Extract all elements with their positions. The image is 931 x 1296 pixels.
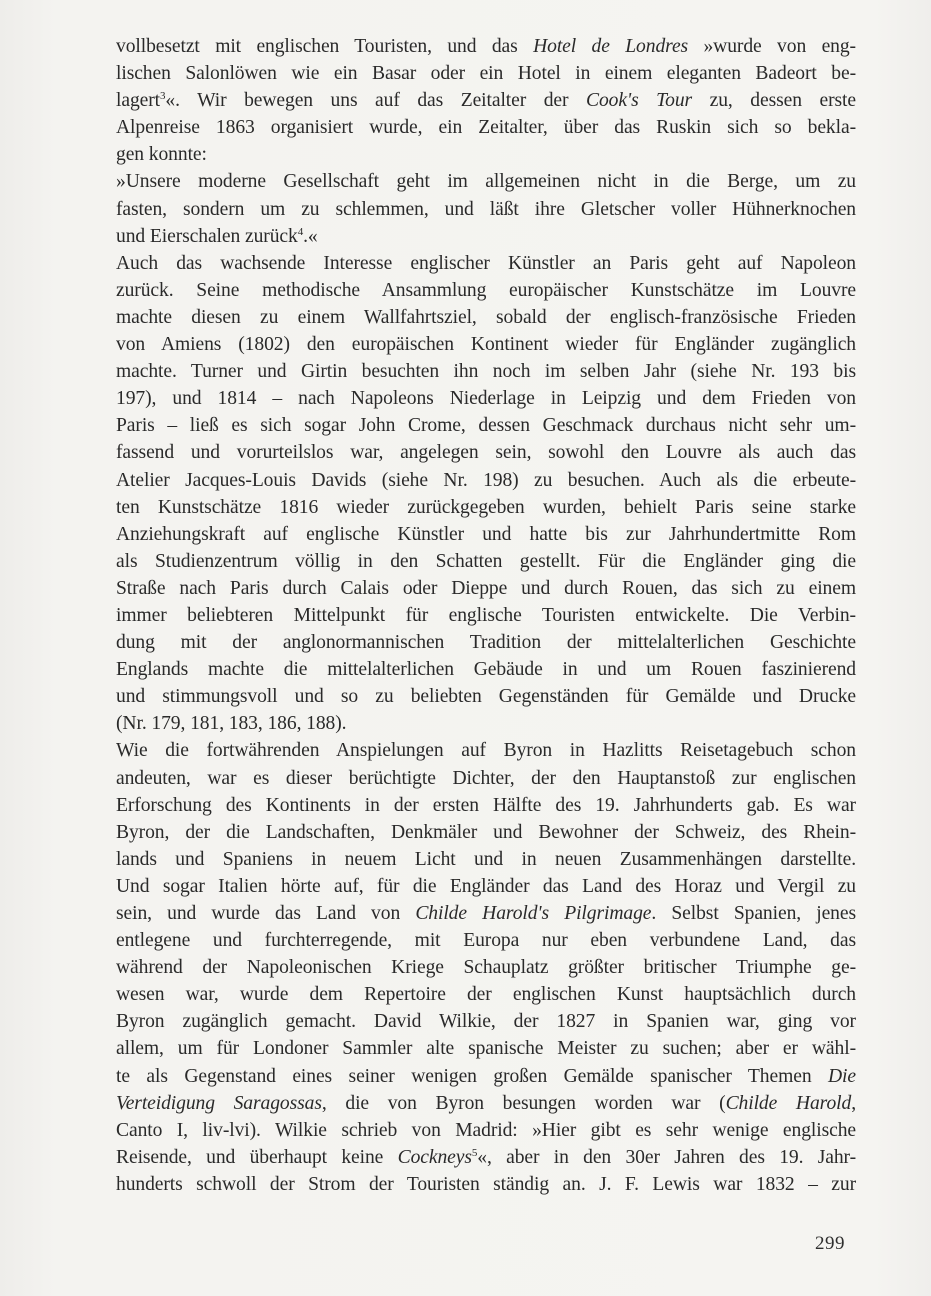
text-segment: Byron, der die Landschaften, Denkmäler u… — [116, 822, 856, 843]
text-line: machte diesen zu einem Wallfahrtsziel, s… — [116, 304, 856, 331]
text-line: te als Gegenstand eines seiner wenigen g… — [116, 1063, 856, 1090]
text-line: Auch das wachsende Interesse englischer … — [116, 250, 856, 277]
text-segment: Englands machte die mittelalterlichen Ge… — [116, 659, 856, 680]
text-line: lischen Salonlöwen wie ein Basar oder ei… — [116, 60, 856, 87]
text-line: Alpenreise 1863 organisiert wurde, ein Z… — [116, 114, 856, 141]
text-line: lagert3«. Wir bewegen uns auf das Zeital… — [116, 87, 856, 114]
text-line: Paris – ließ es sich sogar John Crome, d… — [116, 412, 856, 439]
text-segment: Straße nach Paris durch Calais oder Diep… — [116, 578, 856, 599]
book-page: vollbesetzt mit englischen Touristen, un… — [0, 0, 931, 1296]
text-line: Atelier Jacques-Louis Davids (siehe Nr. … — [116, 467, 856, 494]
text-line: allem, um für Londoner Sammler alte span… — [116, 1035, 856, 1062]
text-line: lands und Spaniens in neuem Licht und in… — [116, 846, 856, 873]
text-segment: 197), und 1814 – nach Napoleons Niederla… — [116, 388, 856, 409]
text-line: machte. Turner und Girtin besuchten ihn … — [116, 358, 856, 385]
text-line: hunderts schwoll der Strom der Touristen… — [116, 1171, 856, 1198]
text-segment: lagert — [116, 90, 160, 111]
italic-title: Cockneys — [398, 1147, 472, 1168]
text-segment: hunderts schwoll der Strom der Touristen… — [116, 1174, 856, 1195]
text-line: dung mit der anglonormannischen Traditio… — [116, 629, 856, 656]
text-line: wesen war, wurde dem Repertoire der engl… — [116, 981, 856, 1008]
text-segment: machte diesen zu einem Wallfahrtsziel, s… — [116, 307, 856, 328]
text-segment: (Nr. 179, 181, 183, 186, 188). — [116, 713, 346, 734]
text-segment: und Eierschalen zurück — [116, 226, 298, 247]
text-line: Erforschung des Kontinents in der ersten… — [116, 792, 856, 819]
text-line: als Studienzentrum völlig in den Schatte… — [116, 548, 856, 575]
text-line: sein, und wurde das Land von Childe Haro… — [116, 900, 856, 927]
text-line: fassend und vorurteilslos war, angelegen… — [116, 439, 856, 466]
text-segment: gen konnte: — [116, 144, 207, 165]
text-segment: sein, und wurde das Land von — [116, 903, 415, 924]
text-segment: , die von Byron besungen worden war ( — [322, 1093, 726, 1114]
text-line: fasten, sondern um zu schlemmen, und läß… — [116, 196, 856, 223]
text-line: Und sogar Italien hörte auf, für die Eng… — [116, 873, 856, 900]
text-segment: machte. Turner und Girtin besuchten ihn … — [116, 361, 856, 382]
text-segment: Anziehungskraft auf englische Künstler u… — [116, 524, 856, 545]
text-segment: lands und Spaniens in neuem Licht und in… — [116, 849, 856, 870]
text-segment: und stimmungsvoll und so zu beliebten Ge… — [116, 686, 856, 707]
text-line: vollbesetzt mit englischen Touristen, un… — [116, 33, 856, 60]
text-segment: »Unsere moderne Gesellschaft geht im all… — [116, 171, 856, 192]
text-segment: Paris – ließ es sich sogar John Crome, d… — [116, 415, 856, 436]
text-line: Verteidigung Saragossas, die von Byron b… — [116, 1090, 856, 1117]
text-segment: von Amiens (1802) den europäischen Konti… — [116, 334, 856, 355]
text-segment: Erforschung des Kontinents in der ersten… — [116, 795, 856, 816]
text-line: 197), und 1814 – nach Napoleons Niederla… — [116, 385, 856, 412]
text-segment: Reisende, und überhaupt keine — [116, 1147, 398, 1168]
text-segment: fasten, sondern um zu schlemmen, und läß… — [116, 199, 856, 220]
italic-title: Verteidigung Saragossas — [116, 1093, 322, 1114]
italic-title: Childe Harold — [726, 1093, 852, 1114]
text-segment: fassend und vorurteilslos war, angelegen… — [116, 442, 856, 463]
text-line: Canto I, liv-lvi). Wilkie schrieb von Ma… — [116, 1117, 856, 1144]
text-line: Straße nach Paris durch Calais oder Diep… — [116, 575, 856, 602]
text-line: immer beliebteren Mittelpunkt für englis… — [116, 602, 856, 629]
text-segment: Und sogar Italien hörte auf, für die Eng… — [116, 876, 856, 897]
italic-title: Cook's Tour — [586, 90, 692, 111]
text-segment: te als Gegenstand eines seiner wenigen g… — [116, 1066, 828, 1087]
text-segment: «, aber in den 30er Jahren des 19. Jahr- — [477, 1147, 856, 1168]
text-line: Wie die fortwährenden Anspielungen auf B… — [116, 737, 856, 764]
text-segment: während der Napoleonischen Kriege Schaup… — [116, 957, 856, 978]
text-line: und Eierschalen zurück4.« — [116, 223, 856, 250]
text-segment: zu, dessen erste — [692, 90, 856, 111]
text-segment: Byron zugänglich gemacht. David Wilkie, … — [116, 1011, 856, 1032]
text-line: entlegene und furchterregende, mit Europ… — [116, 927, 856, 954]
text-line: Byron, der die Landschaften, Denkmäler u… — [116, 819, 856, 846]
text-line: Reisende, und überhaupt keine Cockneys5«… — [116, 1144, 856, 1171]
italic-title: Die — [828, 1066, 856, 1087]
text-segment: . Selbst Spanien, jenes — [651, 903, 856, 924]
text-line: Englands machte die mittelalterlichen Ge… — [116, 656, 856, 683]
text-segment: .« — [303, 226, 318, 247]
page-number: 299 — [815, 1233, 845, 1255]
text-line: ten Kunstschätze 1816 wieder zurückgegeb… — [116, 494, 856, 521]
italic-title: Childe Harold's Pilgrimage — [415, 903, 651, 924]
text-segment: entlegene und furchterregende, mit Europ… — [116, 930, 856, 951]
text-line: Byron zugänglich gemacht. David Wilkie, … — [116, 1008, 856, 1035]
text-segment: wesen war, wurde dem Repertoire der engl… — [116, 984, 856, 1005]
text-line: zurück. Seine methodische Ansammlung eur… — [116, 277, 856, 304]
text-segment: dung mit der anglonormannischen Traditio… — [116, 632, 856, 653]
text-line: gen konnte: — [116, 141, 856, 168]
text-segment: «. Wir bewegen uns auf das Zeitalter der — [165, 90, 586, 111]
text-line: andeuten, war es dieser berüchtigte Dich… — [116, 765, 856, 792]
text-segment: Canto I, liv-lvi). Wilkie schrieb von Ma… — [116, 1120, 856, 1141]
text-segment: Auch das wachsende Interesse englischer … — [116, 253, 856, 274]
text-segment: lischen Salonlöwen wie ein Basar oder ei… — [116, 63, 856, 84]
text-segment: »wurde von eng- — [688, 36, 856, 57]
text-segment: zurück. Seine methodische Ansammlung eur… — [116, 280, 856, 301]
text-segment: Wie die fortwährenden Anspielungen auf B… — [116, 740, 856, 761]
text-segment: Alpenreise 1863 organisiert wurde, ein Z… — [116, 117, 856, 138]
text-line: »Unsere moderne Gesellschaft geht im all… — [116, 168, 856, 195]
text-line: während der Napoleonischen Kriege Schaup… — [116, 954, 856, 981]
text-line: und stimmungsvoll und so zu beliebten Ge… — [116, 683, 856, 710]
text-line: von Amiens (1802) den europäischen Konti… — [116, 331, 856, 358]
italic-title: Hotel de Londres — [533, 36, 688, 57]
text-segment: Atelier Jacques-Louis Davids (siehe Nr. … — [116, 470, 856, 491]
text-segment: , — [851, 1093, 856, 1114]
text-segment: vollbesetzt mit englischen Touristen, un… — [116, 36, 533, 57]
body-text: vollbesetzt mit englischen Touristen, un… — [116, 33, 856, 1198]
text-segment: immer beliebteren Mittelpunkt für englis… — [116, 605, 856, 626]
text-segment: als Studienzentrum völlig in den Schatte… — [116, 551, 856, 572]
text-line: Anziehungskraft auf englische Künstler u… — [116, 521, 856, 548]
text-segment: allem, um für Londoner Sammler alte span… — [116, 1038, 856, 1059]
text-segment: ten Kunstschätze 1816 wieder zurückgegeb… — [116, 497, 856, 518]
text-line: (Nr. 179, 181, 183, 186, 188). — [116, 710, 856, 737]
text-segment: andeuten, war es dieser berüchtigte Dich… — [116, 768, 856, 789]
